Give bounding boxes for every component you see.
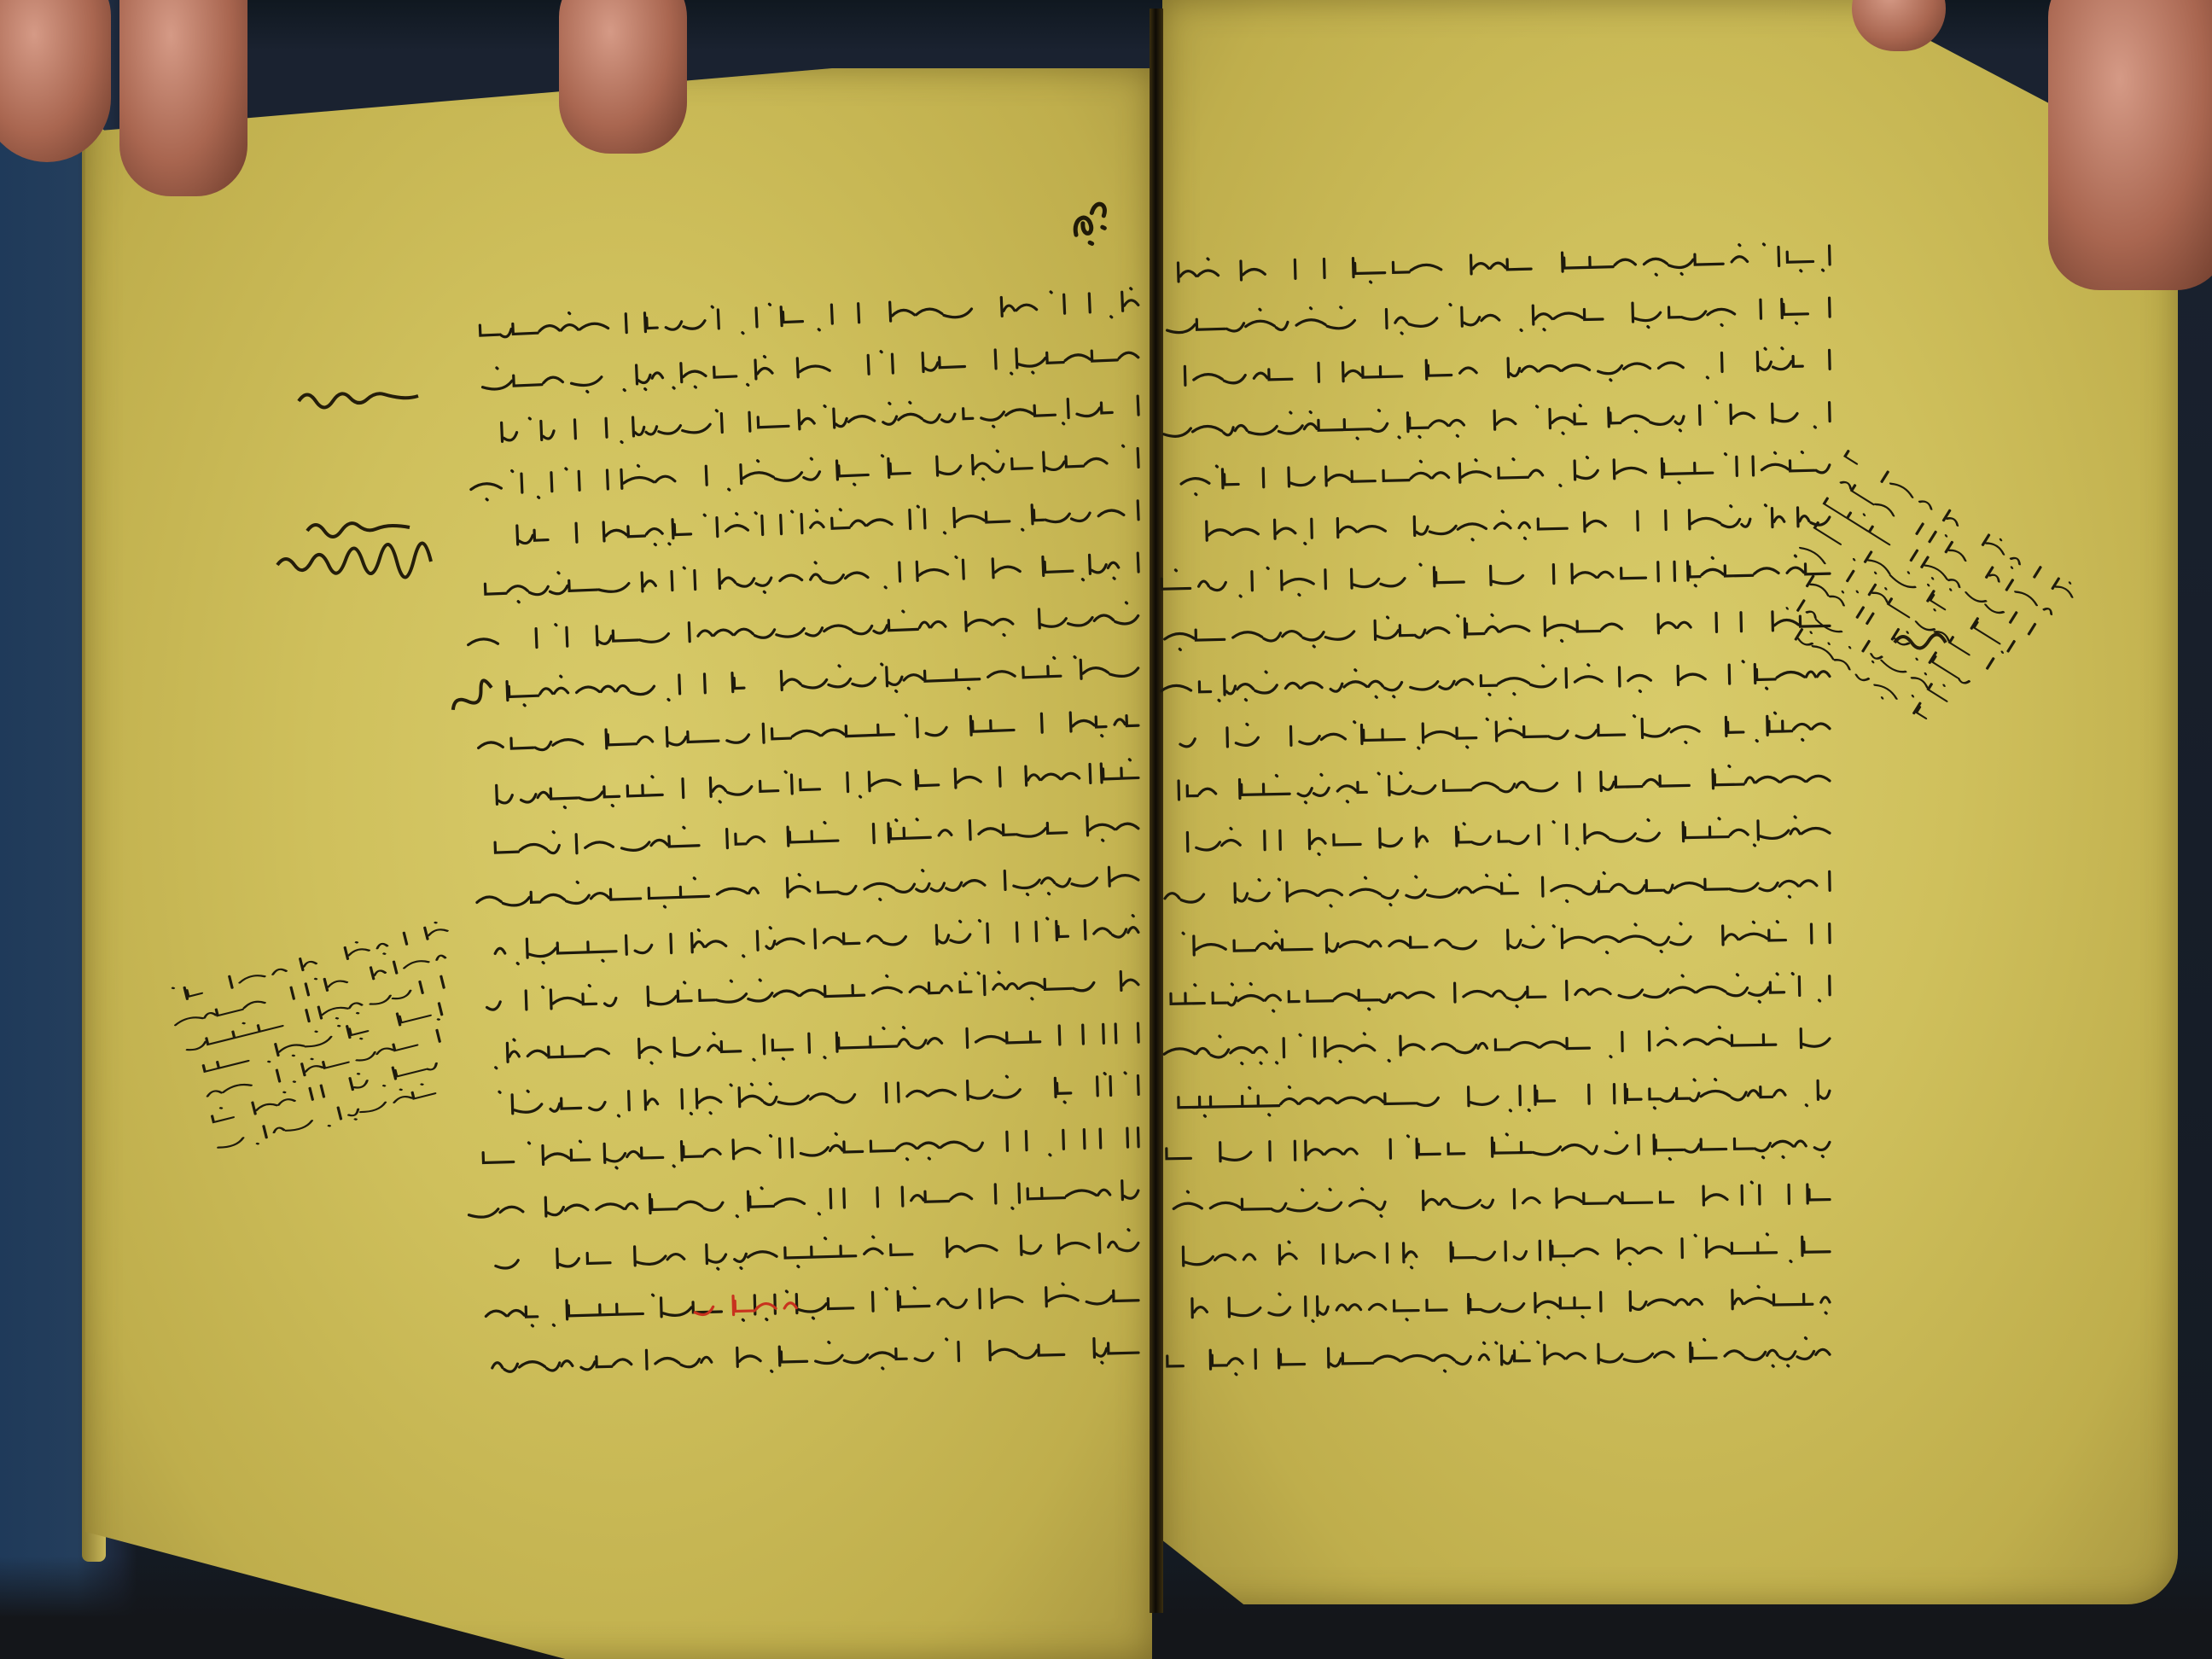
left-page-text-line: [486, 964, 1144, 1020]
right-page-text-line: [1169, 656, 1836, 705]
right-page-text-line: [1169, 343, 1836, 394]
right-page-text-line: [1169, 864, 1836, 912]
right-page-text-line: [1169, 395, 1836, 445]
scene-subject: Open handwritten Arabic manuscript held …: [0, 0, 1, 1]
left-page-text-line: [486, 336, 1144, 399]
left-hand-finger-1: [0, 0, 111, 162]
left-page-text-line: [486, 1225, 1144, 1278]
left-page-text-line: [486, 755, 1144, 813]
left-page-text-line: [486, 1016, 1144, 1071]
right-page-text-line: [1169, 447, 1836, 498]
right-page-text-line: [1169, 1021, 1836, 1067]
rubric-red-ink-phrase: [696, 1288, 802, 1324]
left-page-text-line: [486, 546, 1144, 606]
right-page-main-text: [1169, 247, 1835, 1391]
left-page-text-line: [486, 1278, 1144, 1330]
left-page-text-line: [486, 1069, 1144, 1123]
left-page-text-line: [486, 807, 1144, 864]
right-page-text-line: [1169, 1334, 1836, 1378]
left-hand-thumb: [559, 0, 687, 154]
right-page-text-line: [1169, 1074, 1836, 1120]
left-page-text-line: [486, 1330, 1144, 1382]
left-page-text-line: [486, 703, 1144, 761]
left-page-text-line: [486, 598, 1144, 658]
right-page-text-line: [1169, 760, 1836, 808]
margin-note-short-right: [1890, 627, 1950, 653]
right-page-text-line: [1169, 1230, 1836, 1275]
scene-description: Open handwritten Arabic manuscript held …: [0, 0, 1, 1]
right-page-text-line: [1169, 917, 1836, 963]
right-page-text-line: [1169, 1282, 1836, 1326]
right-page-text-line: [1169, 969, 1836, 1016]
right-page-text-line: [1169, 708, 1836, 757]
right-page-text-line: [1169, 812, 1836, 860]
right-page-text-line: [1169, 499, 1836, 549]
left-page-text-line: [486, 1121, 1144, 1175]
left-hand-finger-2: [119, 0, 247, 196]
left-page-text-line: [486, 389, 1144, 451]
left-page-text-line: [486, 441, 1144, 503]
left-page-text-line: [486, 859, 1144, 916]
margin-note-upper-left: [273, 512, 444, 589]
left-page-text-line: [486, 912, 1144, 969]
right-page-text-line: [1169, 291, 1836, 342]
right-page-text-line: [1169, 1178, 1836, 1223]
left-page-main-text: [486, 299, 1144, 1391]
margin-note-top-left: [294, 380, 422, 414]
left-page-text-line: [486, 650, 1144, 709]
right-page-text-line: [1169, 604, 1836, 654]
left-page-text-line: [486, 493, 1144, 554]
right-page-text-line: [1169, 551, 1836, 601]
right-hand-thumb: [2048, 0, 2212, 290]
left-page-text-line: [486, 1173, 1144, 1226]
book-gutter: [1150, 9, 1163, 1613]
right-page-text-line: [1169, 1126, 1836, 1171]
